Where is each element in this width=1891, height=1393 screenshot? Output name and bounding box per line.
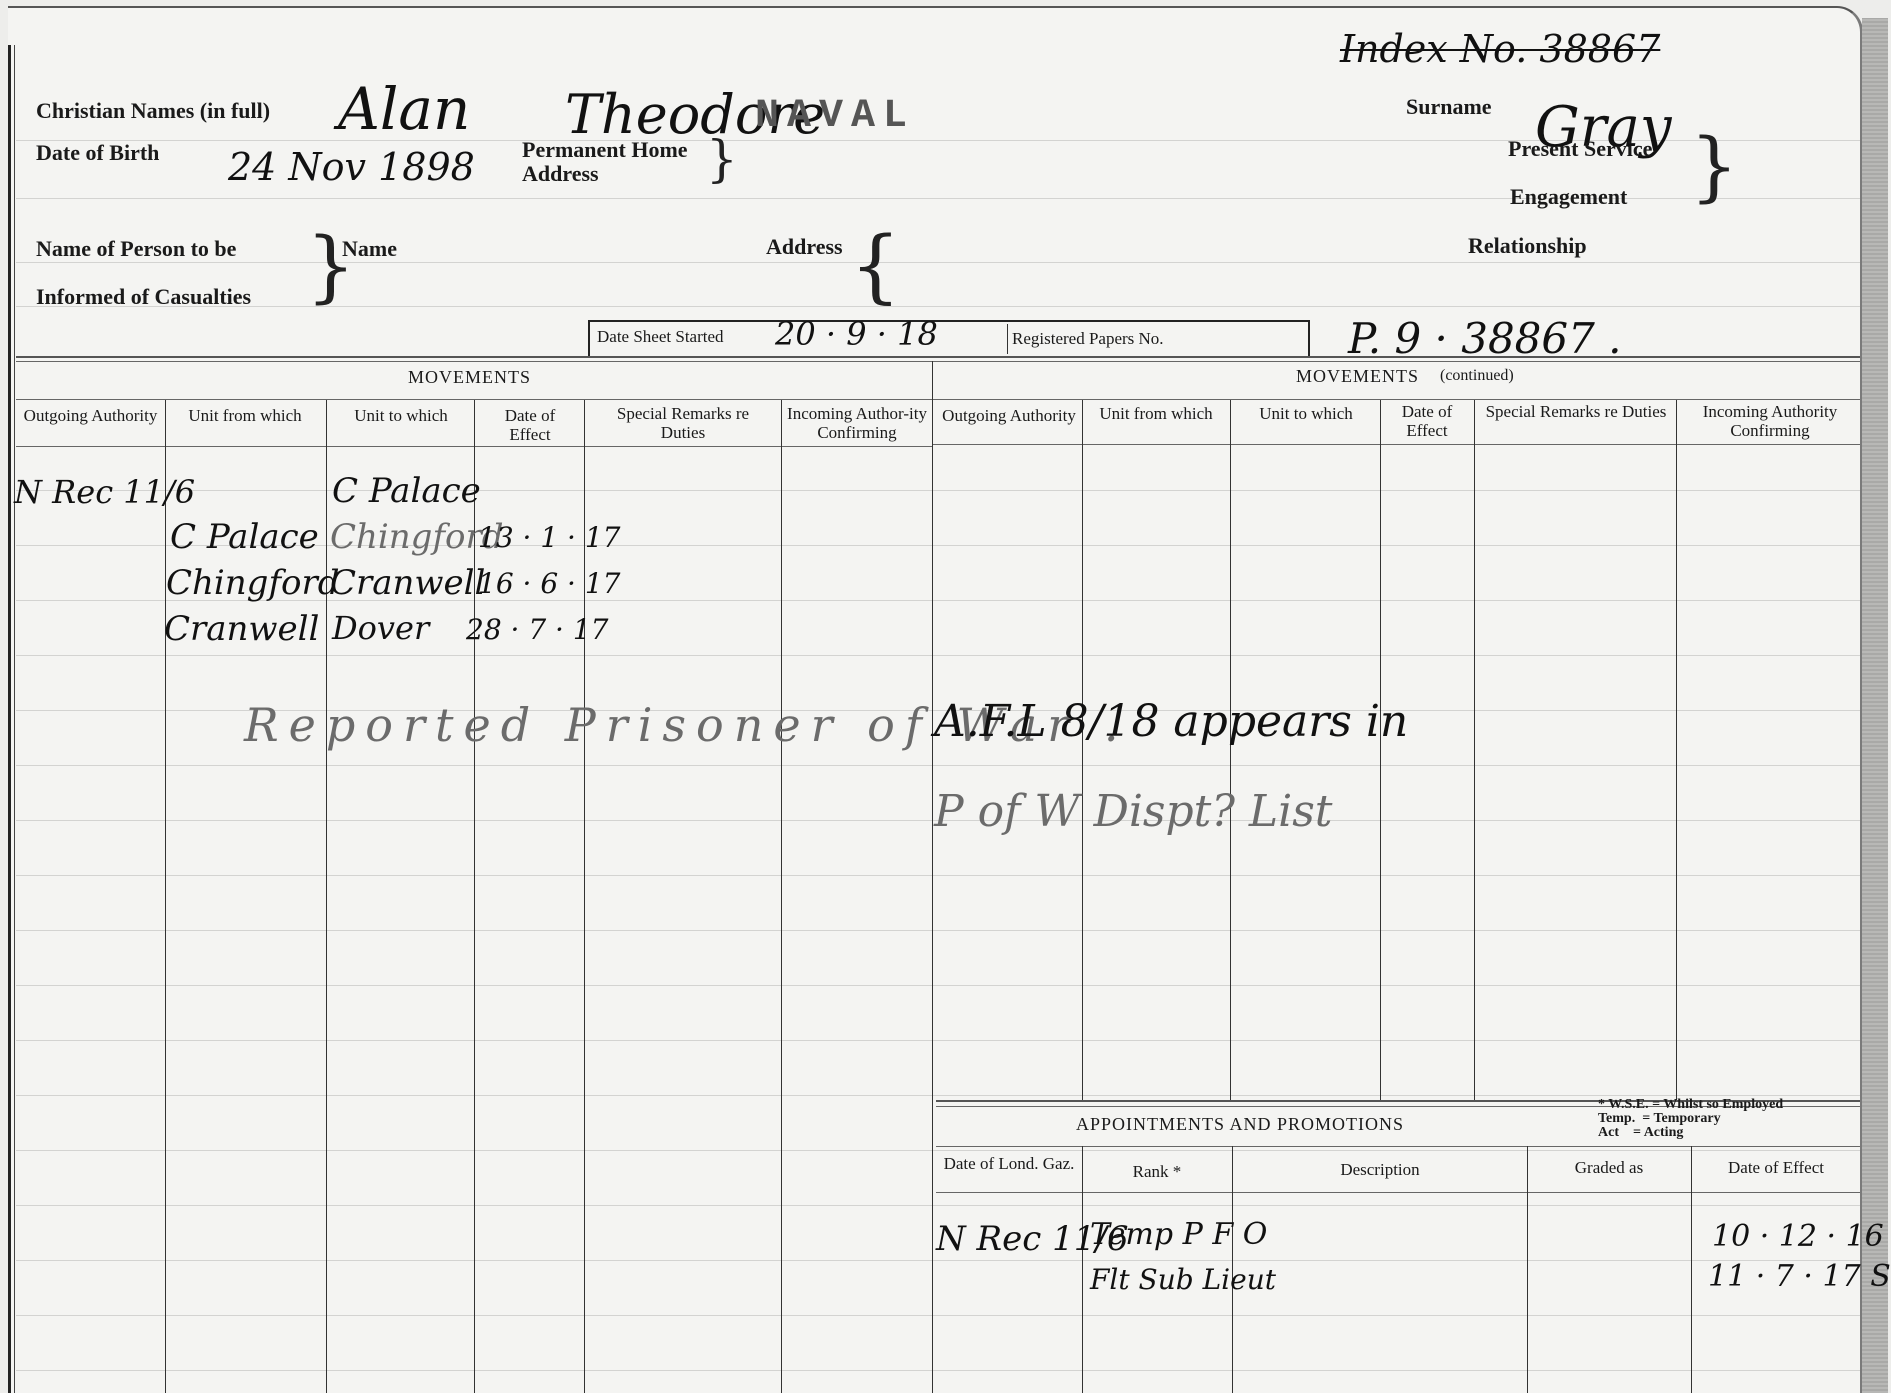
column-line: [1691, 1146, 1692, 1393]
casualty-contact-label: Name of Person to be: [36, 238, 236, 260]
date-sheet-started-value: 20 · 9 · 18: [775, 318, 938, 350]
date-sheet-started-label: Date Sheet Started: [597, 328, 724, 345]
movement-to: Dover: [332, 612, 429, 644]
movement-from: Chingford: [166, 566, 340, 600]
movement-date: 28 · 7 · 17: [466, 616, 608, 644]
header-divider: [932, 444, 1860, 445]
col-outgoing-authority: Outgoing Authority: [16, 406, 165, 425]
page-edge: [1862, 18, 1888, 1393]
continued-remark: P of W Dispt? List: [934, 790, 1332, 834]
index-number: Index No. 38867: [1340, 30, 1660, 68]
column-line: [1082, 1146, 1083, 1393]
date-of-birth-value: 24 Nov 1898: [228, 148, 475, 186]
col-unit-to: Unit to which: [1252, 404, 1360, 423]
col-incoming-authority: Incoming Authority Confirming: [1680, 402, 1860, 440]
registered-papers-label: Registered Papers No.: [1012, 330, 1164, 347]
contact-address-label: Address: [766, 236, 843, 258]
home-address-label: Permanent Home: [522, 139, 688, 161]
col-date-lond-gaz: Date of Lond. Gaz.: [940, 1154, 1078, 1173]
movement-to: Cranwell: [330, 566, 485, 600]
movement-from: C Palace: [170, 520, 319, 554]
appointment-rank: Temp P F O: [1090, 1220, 1267, 1250]
casualty-contact-label-2: Informed of Casualties: [36, 286, 251, 308]
appointments-title: APPOINTMENTS AND PROMOTIONS: [1076, 1114, 1404, 1135]
ruled-line: [16, 1150, 1860, 1151]
engagement-label: Engagement: [1510, 186, 1627, 208]
surname-label: Surname: [1406, 96, 1492, 118]
left-margin-line: [8, 45, 11, 1393]
col-description: Description: [1236, 1160, 1524, 1179]
appointment-rank: Flt Sub Lieut: [1090, 1266, 1276, 1294]
brace-icon: }: [706, 134, 738, 184]
column-line: [1527, 1146, 1528, 1393]
brace-icon: {: [850, 226, 901, 306]
column-line: [326, 400, 327, 1393]
movements-continued-suffix: (continued): [1440, 367, 1514, 385]
ruled-line: [16, 306, 1860, 307]
col-incoming-authority: Incoming Author-ity Confirming: [782, 404, 932, 442]
col-date-of-effect: Date of Effect: [488, 406, 572, 444]
column-line: [1230, 400, 1231, 1100]
header-divider: [936, 1146, 1860, 1147]
header-divider: [936, 1192, 1860, 1193]
date-of-birth-label: Date of Birth: [36, 142, 159, 164]
ruled-line: [16, 1370, 1860, 1371]
col-date-of-effect: Date of Effect: [1694, 1158, 1858, 1177]
movements-title: MOVEMENTS: [408, 367, 531, 388]
movement-from: Cranwell: [164, 612, 319, 646]
column-line: [1082, 400, 1083, 1100]
ruled-line: [16, 1040, 1860, 1041]
ruled-line: [16, 985, 1860, 986]
ruled-line: [16, 765, 1860, 766]
movement-outgoing: N Rec 11/6: [14, 476, 195, 508]
movements-continued-title: MOVEMENTS: [1296, 366, 1419, 387]
rank-legend: * W.S.E. = Whilst so Employed Temp. = Te…: [1598, 1098, 1783, 1140]
ruled-line: [16, 1260, 1860, 1261]
naval-stamp: NAVAL: [755, 94, 915, 139]
continued-remark: A.F.L 8/18 appears in: [934, 700, 1408, 744]
divider: [1007, 324, 1008, 354]
home-address-label-2: Address: [522, 163, 599, 185]
col-rank: Rank *: [1086, 1162, 1228, 1181]
present-service-label: Present Service: [1508, 138, 1652, 160]
section-divider: [16, 361, 1860, 362]
center-divider: [932, 361, 933, 1393]
ruled-line: [16, 1095, 1860, 1096]
header-divider: [932, 399, 1860, 400]
column-line: [1380, 400, 1381, 1100]
column-line: [781, 400, 782, 1393]
christian-names-label: Christian Names (in full): [36, 100, 270, 122]
brace-icon: }: [1690, 128, 1738, 204]
col-date-of-effect: Date of Effect: [1384, 402, 1470, 440]
ruled-line: [16, 1205, 1860, 1206]
appointment-date: 11 · 7 · 17 Sen: [1708, 1262, 1891, 1292]
ruled-line: [16, 1315, 1860, 1316]
col-unit-to: Unit to which: [346, 406, 456, 425]
col-special-remarks: Special Remarks re Duties: [1484, 402, 1668, 421]
christian-names-first: Alan: [338, 80, 470, 138]
ruled-line: [16, 655, 1860, 656]
appointment-date: 10 · 12 · 16: [1712, 1222, 1884, 1252]
ruled-line: [16, 930, 1860, 931]
col-graded-as: Graded as: [1530, 1158, 1688, 1177]
column-line: [165, 400, 166, 1393]
col-special-remarks: Special Remarks re Duties: [596, 404, 770, 442]
column-line: [1676, 400, 1677, 1100]
col-outgoing-authority: Outgoing Authority: [940, 406, 1078, 425]
ruled-line: [16, 262, 1860, 263]
col-unit-from: Unit from which: [1096, 404, 1216, 423]
movement-date: 16 · 6 · 17: [478, 570, 620, 598]
movement-to: C Palace: [332, 474, 481, 508]
col-unit-from: Unit from which: [180, 406, 310, 425]
relationship-label: Relationship: [1468, 235, 1587, 257]
column-line: [1474, 400, 1475, 1100]
ruled-line: [16, 490, 1860, 491]
left-margin-line-inner: [14, 45, 15, 1393]
ruled-line: [16, 875, 1860, 876]
contact-name-label: Name: [342, 238, 397, 260]
registered-papers-value: P. 9 · 38867 .: [1348, 318, 1622, 360]
movement-date: 13 · 1 · 17: [478, 524, 620, 552]
section-divider: [16, 356, 1860, 358]
